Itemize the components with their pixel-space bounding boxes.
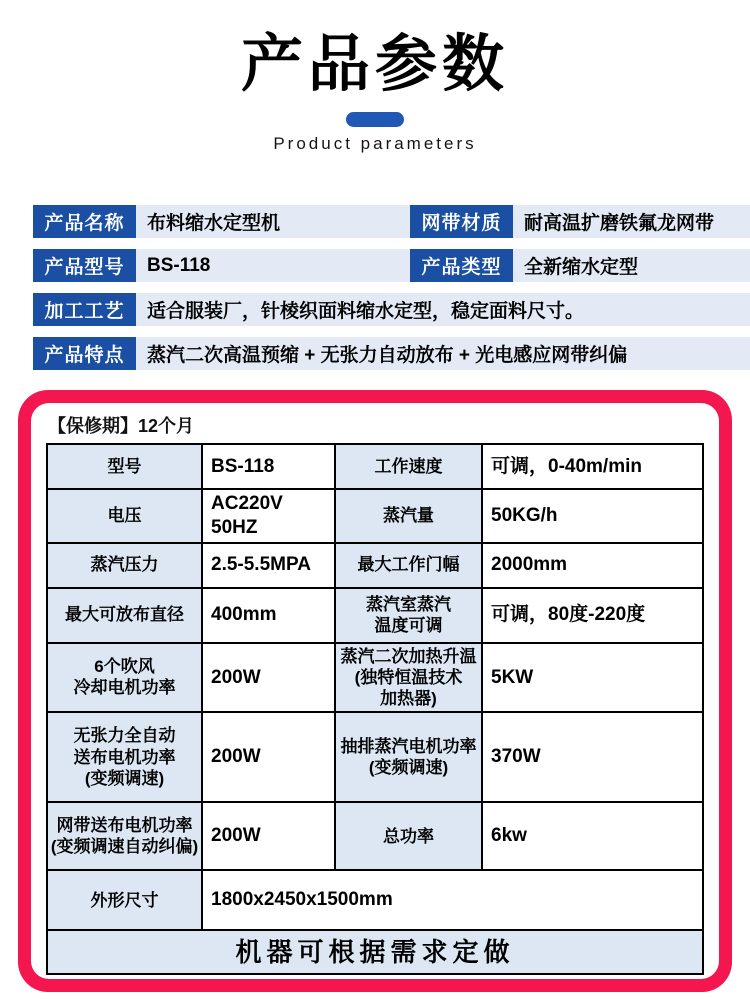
param-reheat-value: 5KW (482, 643, 703, 713)
param-speed-label: 工作速度 (335, 444, 482, 489)
param-total-power-label: 总功率 (335, 802, 482, 870)
warranty-note: 【保修期】12个月 (48, 412, 704, 438)
param-cooling-motor-label: 6个吹风 冷却电机功率 (47, 643, 202, 713)
page-subtitle: Product parameters (0, 134, 750, 154)
param-max-width-value: 2000mm (482, 543, 703, 588)
features-label: 产品特点 (33, 337, 136, 370)
table-row: 蒸汽压力 2.5-5.5MPA 最大工作门幅 2000mm (47, 543, 703, 588)
param-belt-motor-value: 200W (202, 802, 335, 870)
param-model-value: BS-118 (202, 444, 335, 489)
table-row: 型号 BS-118 工作速度 可调，0-40m/min (47, 444, 703, 489)
spec-row-features: 产品特点 蒸汽二次高温预缩 + 无张力自动放布 + 光电感应网带纠偏 (33, 337, 750, 370)
product-name-label: 产品名称 (33, 205, 136, 238)
page-title: 产品参数 (0, 32, 750, 97)
parameter-table: 型号 BS-118 工作速度 可调，0-40m/min 电压 AC220V 50… (46, 443, 704, 975)
param-dimensions-value: 1800x2450x1500mm (202, 870, 703, 930)
param-max-roll-value: 400mm (202, 588, 335, 643)
features-value: 蒸汽二次高温预缩 + 无张力自动放布 + 光电感应网带纠偏 (136, 337, 750, 370)
product-model-value: BS-118 (136, 249, 410, 282)
process-value: 适合服装厂，针棱织面料缩水定型，稳定面料尺寸。 (136, 293, 750, 326)
table-row: 电压 AC220V 50HZ 蒸汽量 50KG/h (47, 489, 703, 543)
param-max-width-label: 最大工作门幅 (335, 543, 482, 588)
spec-row-model-type: 产品型号 BS-118 产品类型 全新缩水定型 (33, 249, 750, 282)
belt-material-value: 耐高温扩磨铁氟龙网带 (513, 205, 750, 238)
table-footer-row: 机器可根据需求定做 (47, 930, 703, 974)
table-row: 最大可放布直径 400mm 蒸汽室蒸汽 温度可调 可调，80度-220度 (47, 588, 703, 643)
table-row: 6个吹风 冷却电机功率 200W 蒸汽二次加热升温 (独特恒温技术 加热器) 5… (47, 643, 703, 713)
param-steam-pressure-label: 蒸汽压力 (47, 543, 202, 588)
table-row: 网带送布电机功率 (变频调速自动纠偏) 200W 总功率 6kw (47, 802, 703, 870)
spec-rows: 产品名称 布料缩水定型机 网带材质 耐高温扩磨铁氟龙网带 产品型号 BS-118… (0, 205, 750, 381)
product-name-value: 布料缩水定型机 (136, 205, 410, 238)
belt-material-label: 网带材质 (410, 205, 513, 238)
param-voltage-label: 电压 (47, 489, 202, 543)
param-steam-temp-label: 蒸汽室蒸汽 温度可调 (335, 588, 482, 643)
param-reheat-label: 蒸汽二次加热升温 (独特恒温技术 加热器) (335, 643, 482, 713)
table-row: 无张力全自动 送布电机功率 (变频调速) 200W 抽排蒸汽电机功率 (变频调速… (47, 712, 703, 802)
param-belt-motor-label: 网带送布电机功率 (变频调速自动纠偏) (47, 802, 202, 870)
product-type-label: 产品类型 (410, 249, 513, 282)
param-speed-value: 可调，0-40m/min (482, 444, 703, 489)
product-model-label: 产品型号 (33, 249, 136, 282)
param-max-roll-label: 最大可放布直径 (47, 588, 202, 643)
process-label: 加工工艺 (33, 293, 136, 326)
spec-row-name-material: 产品名称 布料缩水定型机 网带材质 耐高温扩磨铁氟龙网带 (33, 205, 750, 238)
param-cooling-motor-value: 200W (202, 643, 335, 713)
param-steam-temp-value: 可调，80度-220度 (482, 588, 703, 643)
param-exhaust-motor-value: 370W (482, 712, 703, 802)
param-steam-pressure-value: 2.5-5.5MPA (202, 543, 335, 588)
title-underline-bar (346, 112, 404, 127)
custom-order-note: 机器可根据需求定做 (47, 930, 703, 974)
param-total-power-value: 6kw (482, 802, 703, 870)
param-feed-motor-value: 200W (202, 712, 335, 802)
param-steam-volume-label: 蒸汽量 (335, 489, 482, 543)
param-exhaust-motor-label: 抽排蒸汽电机功率 (变频调速) (335, 712, 482, 802)
param-model-label: 型号 (47, 444, 202, 489)
page-header: 产品参数 Product parameters (0, 0, 750, 154)
product-type-value: 全新缩水定型 (513, 249, 750, 282)
param-dimensions-label: 外形尺寸 (47, 870, 202, 930)
parameter-panel-frame: 【保修期】12个月 型号 BS-118 工作速度 可调，0-40m/min 电压… (18, 390, 732, 992)
parameter-panel: 【保修期】12个月 型号 BS-118 工作速度 可调，0-40m/min 电压… (31, 403, 719, 979)
param-voltage-value: AC220V 50HZ (202, 489, 335, 543)
table-row: 外形尺寸 1800x2450x1500mm (47, 870, 703, 930)
spec-row-process: 加工工艺 适合服装厂，针棱织面料缩水定型，稳定面料尺寸。 (33, 293, 750, 326)
param-feed-motor-label: 无张力全自动 送布电机功率 (变频调速) (47, 712, 202, 802)
param-steam-volume-value: 50KG/h (482, 489, 703, 543)
